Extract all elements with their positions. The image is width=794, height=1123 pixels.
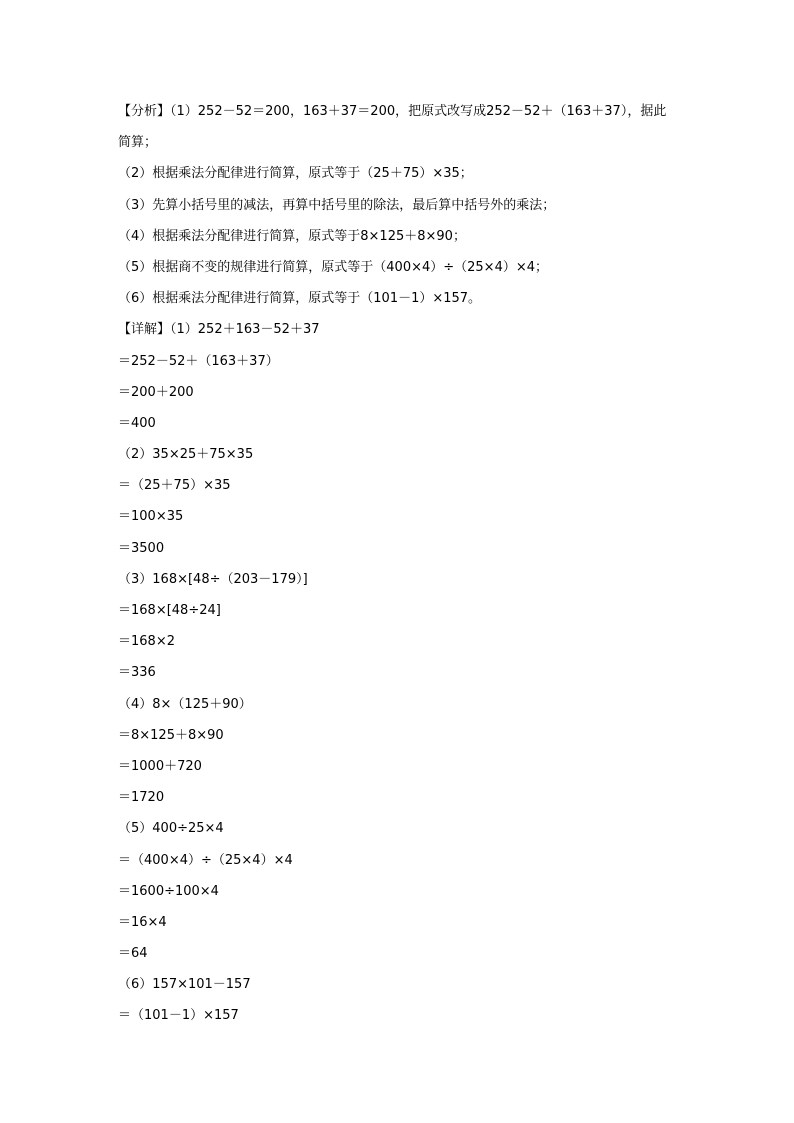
- problem-2-step-1: ＝（25＋75）×35: [118, 470, 678, 501]
- problem-5-step-2: ＝1600÷100×4: [118, 876, 678, 907]
- problem-4-step-2: ＝1000＋720: [118, 751, 678, 782]
- problem-2-expression: （2）35×25＋75×35: [118, 439, 678, 470]
- analysis-line-3: （2）根据乘法分配律进行简算，原式等于（25＋75）×35；: [118, 158, 678, 189]
- analysis-line-2: 简算；: [118, 127, 678, 158]
- document-page: 【分析】（1）252－52＝200，163＋37＝200，把原式改写成252－5…: [118, 96, 678, 1032]
- problem-5-step-4: ＝64: [118, 938, 678, 969]
- problem-2-step-3: ＝3500: [118, 533, 678, 564]
- problem-3-step-2: ＝168×2: [118, 626, 678, 657]
- problem-5-step-1: ＝（400×4）÷（25×4）×4: [118, 845, 678, 876]
- detail-problem-1-expression: 【详解】（1）252＋163－52＋37: [118, 314, 678, 345]
- analysis-line-1: 【分析】（1）252－52＝200，163＋37＝200，把原式改写成252－5…: [118, 96, 678, 127]
- problem-3-step-1: ＝168×[48÷24]: [118, 595, 678, 626]
- problem-6-expression: （6）157×101－157: [118, 969, 678, 1000]
- analysis-text: （1）252－52＝200，163＋37＝200，把原式改写成252－52＋（1…: [170, 104, 666, 119]
- problem-2-step-2: ＝100×35: [118, 501, 678, 532]
- problem-1-step-1: ＝252－52＋（163＋37）: [118, 346, 678, 377]
- detail-heading: 【详解】: [118, 322, 170, 337]
- analysis-line-4: （3）先算小括号里的减法，再算中括号里的除法，最后算中括号外的乘法；: [118, 190, 678, 221]
- problem-4-expression: （4）8×（125＋90）: [118, 689, 678, 720]
- problem-3-step-3: ＝336: [118, 657, 678, 688]
- analysis-line-7: （6）根据乘法分配律进行简算，原式等于（101－1）×157。: [118, 283, 678, 314]
- analysis-line-6: （5）根据商不变的规律进行简算，原式等于（400×4）÷（25×4）×4；: [118, 252, 678, 283]
- problem-1-step-2: ＝200＋200: [118, 377, 678, 408]
- problem-4-step-1: ＝8×125＋8×90: [118, 720, 678, 751]
- problem-5-step-3: ＝16×4: [118, 907, 678, 938]
- problem-5-expression: （5）400÷25×4: [118, 813, 678, 844]
- problem-1-step-3: ＝400: [118, 408, 678, 439]
- problem-3-expression: （3）168×[48÷（203－179）]: [118, 564, 678, 595]
- problem-4-step-3: ＝1720: [118, 782, 678, 813]
- problem-6-step-1: ＝（101－1）×157: [118, 1000, 678, 1031]
- analysis-line-5: （4）根据乘法分配律进行简算，原式等于8×125＋8×90；: [118, 221, 678, 252]
- analysis-heading: 【分析】: [118, 104, 170, 119]
- problem-expression: （1）252＋163－52＋37: [170, 322, 319, 337]
